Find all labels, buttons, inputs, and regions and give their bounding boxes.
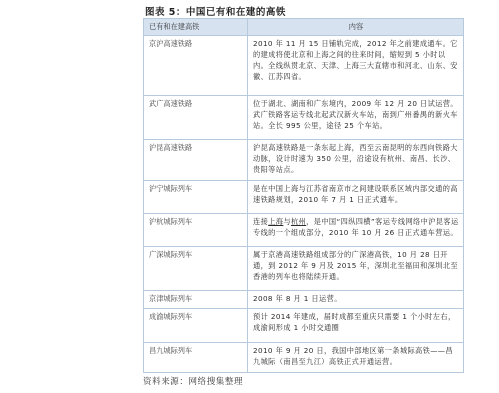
railway-content: 2008 年 8 月 1 日运营。 bbox=[248, 291, 464, 309]
table-row: 昌九城际列车 2010 年 9 月 20 日，我国中部地区第一条城际高铁——昌九… bbox=[144, 343, 464, 373]
railway-content: 2010 年 11 月 15 日铺轨完成，2012 年之前建成通车。它的建成将使… bbox=[248, 36, 464, 96]
railway-name: 广深城际列车 bbox=[144, 247, 248, 291]
table-row: 沪宁城际列车 是在中国上海与江苏省南京市之间建设联系区域内部交通的高速铁路规划，… bbox=[144, 181, 464, 214]
table-row: 京津城际列车 2008 年 8 月 1 日运营。 bbox=[144, 291, 464, 309]
railway-name: 武广高速铁路 bbox=[144, 96, 248, 140]
railway-content: 属于京港高速铁路组成部分的广深港高铁，10 月 28 日开通，到 2012 年 … bbox=[248, 247, 464, 291]
content-text: 连接 bbox=[253, 217, 268, 226]
table-title: 图表 5：中国已有和在建的高铁 bbox=[145, 4, 286, 18]
railway-content: 连接上海与杭州，是中国“四纵四横”客运专线网络中沪昆客运专线的一个组成部分，20… bbox=[248, 214, 464, 247]
table-header-row: 已有和在建高铁 内容 bbox=[144, 19, 464, 36]
column-header-railway: 已有和在建高铁 bbox=[144, 19, 248, 36]
railway-content: 是在中国上海与江苏省南京市之间建设联系区域内部交通的高速铁路规划，2010 年 … bbox=[248, 181, 464, 214]
table-row: 京沪高速铁路 2010 年 11 月 15 日铺轨完成，2012 年之前建成通车… bbox=[144, 36, 464, 96]
table-row: 沪昆高速铁路 沪昆高速铁路是一条东起上海，西至云南昆明的东西向铁路大动脉，设计时… bbox=[144, 140, 464, 181]
railway-content: 预计 2014 年建成，届时成都至重庆只需要 1 个小时左右，成渝间形成 1 小… bbox=[248, 309, 464, 343]
link-hangzhou[interactable]: 杭州 bbox=[291, 217, 306, 226]
table-row: 广深城际列车 属于京港高速铁路组成部分的广深港高铁，10 月 28 日开通，到 … bbox=[144, 247, 464, 291]
railway-content: 沪昆高速铁路是一条东起上海，西至云南昆明的东西向铁路大动脉，设计时速为 350 … bbox=[248, 140, 464, 181]
railway-name: 沪宁城际列车 bbox=[144, 181, 248, 214]
railway-name: 京沪高速铁路 bbox=[144, 36, 248, 96]
railway-name: 昌九城际列车 bbox=[144, 343, 248, 373]
table-row: 成渝城际列车 预计 2014 年建成，届时成都至重庆只需要 1 个小时左右，成渝… bbox=[144, 309, 464, 343]
railway-table: 已有和在建高铁 内容 京沪高速铁路 2010 年 11 月 15 日铺轨完成，2… bbox=[143, 18, 464, 373]
column-header-content: 内容 bbox=[248, 19, 464, 36]
content-text: 与 bbox=[283, 217, 291, 226]
railway-content: 2010 年 9 月 20 日，我国中部地区第一条城际高铁——昌九城际（南昌至九… bbox=[248, 343, 464, 373]
railway-name: 成渝城际列车 bbox=[144, 309, 248, 343]
railway-name: 沪昆高速铁路 bbox=[144, 140, 248, 181]
source-note: 资料来源：网络搜集整理 bbox=[143, 375, 243, 387]
railway-name: 沪杭城际列车 bbox=[144, 214, 248, 247]
table-row: 沪杭城际列车 连接上海与杭州，是中国“四纵四横”客运专线网络中沪昆客运专线的一个… bbox=[144, 214, 464, 247]
railway-content: 位于湖北、湖南和广东境内，2009 年 12 月 20 日试运营。武广铁路客运专… bbox=[248, 96, 464, 140]
link-shanghai[interactable]: 上海 bbox=[268, 217, 283, 226]
table-row: 武广高速铁路 位于湖北、湖南和广东境内，2009 年 12 月 20 日试运营。… bbox=[144, 96, 464, 140]
railway-name: 京津城际列车 bbox=[144, 291, 248, 309]
